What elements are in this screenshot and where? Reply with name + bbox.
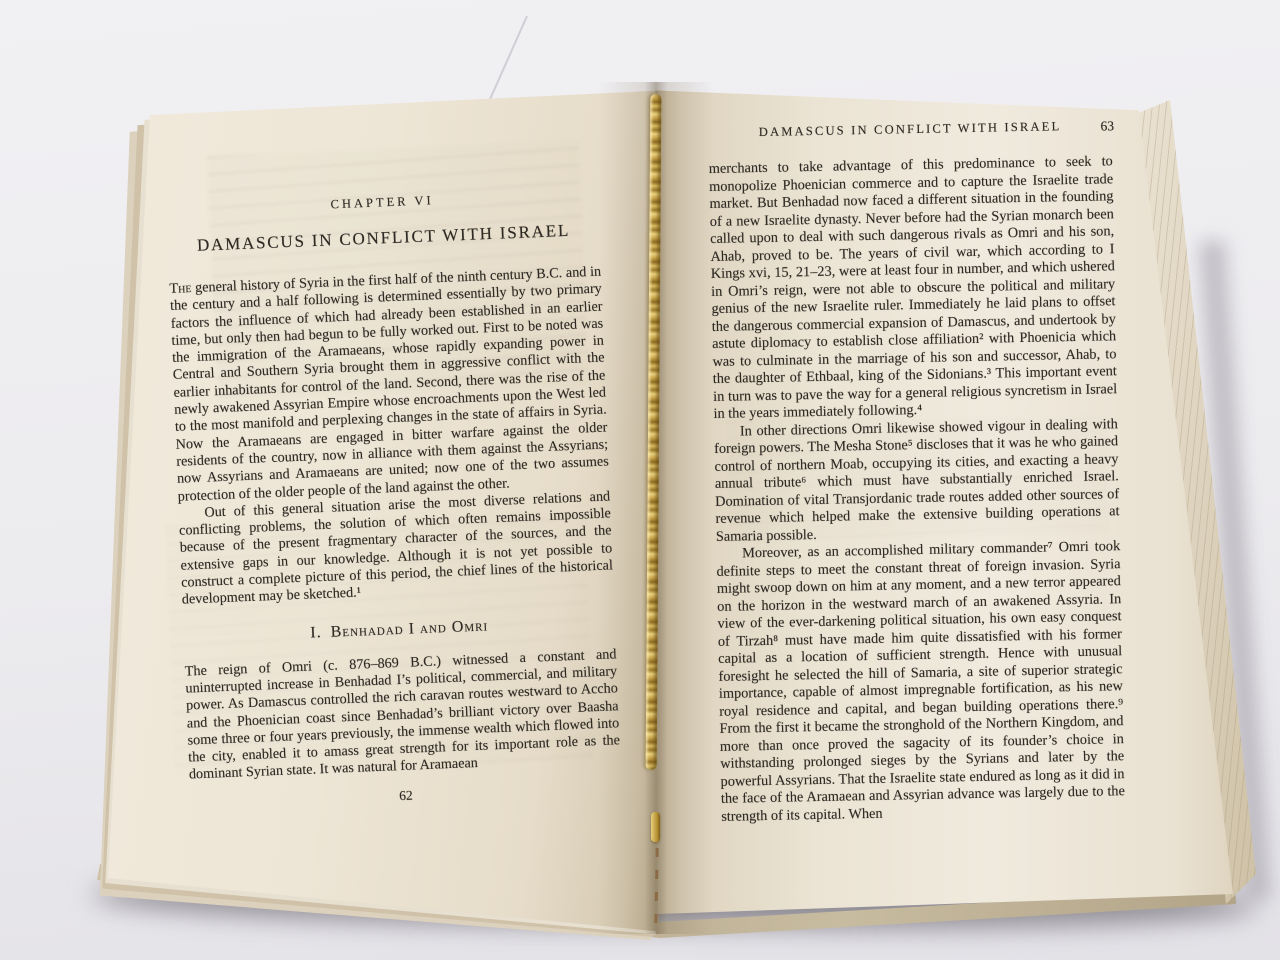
paragraph: In other directions Omri likewise showed…	[714, 416, 1120, 546]
page-number: 63	[1100, 118, 1114, 134]
book-photo-scene: CHAPTER VI DAMASCUS IN CONFLICT WITH ISR…	[0, 0, 1280, 960]
chapter-title: DAMASCUS IN CONFLICT WITH ISRAEL	[167, 220, 599, 257]
paragraph: merchants to take advantage of this pred…	[709, 153, 1118, 423]
page-number: 62	[190, 779, 622, 812]
paragraph-text: general history of Syria in the first ha…	[170, 264, 609, 505]
chapter-heading: CHAPTER VI	[166, 187, 598, 219]
lead-word: The	[169, 280, 192, 297]
paragraph: Moreover, as an accomplished military co…	[716, 538, 1125, 826]
left-page-content: CHAPTER VI DAMASCUS IN CONFLICT WITH ISR…	[166, 187, 622, 813]
running-header: DAMASCUS IN CONFLICT WITH ISRAEL 63	[708, 118, 1112, 141]
paragraph: The reign of Omri (c. 876–869 B.C.) witn…	[184, 646, 621, 784]
right-page-content: DAMASCUS IN CONFLICT WITH ISRAEL 63 merc…	[708, 118, 1125, 826]
paragraph: The general history of Syria in the firs…	[169, 264, 610, 506]
running-header-text: DAMASCUS IN CONFLICT WITH ISRAEL	[759, 119, 1062, 139]
paragraph: Out of this general situation arise the …	[178, 488, 614, 609]
left-page: CHAPTER VI DAMASCUS IN CONFLICT WITH ISR…	[108, 88, 660, 934]
right-page: DAMASCUS IN CONFLICT WITH ISRAEL 63 merc…	[652, 82, 1237, 914]
section-heading: I. Benhadad I and Omri	[183, 612, 615, 647]
gold-chain-bead	[651, 812, 660, 842]
